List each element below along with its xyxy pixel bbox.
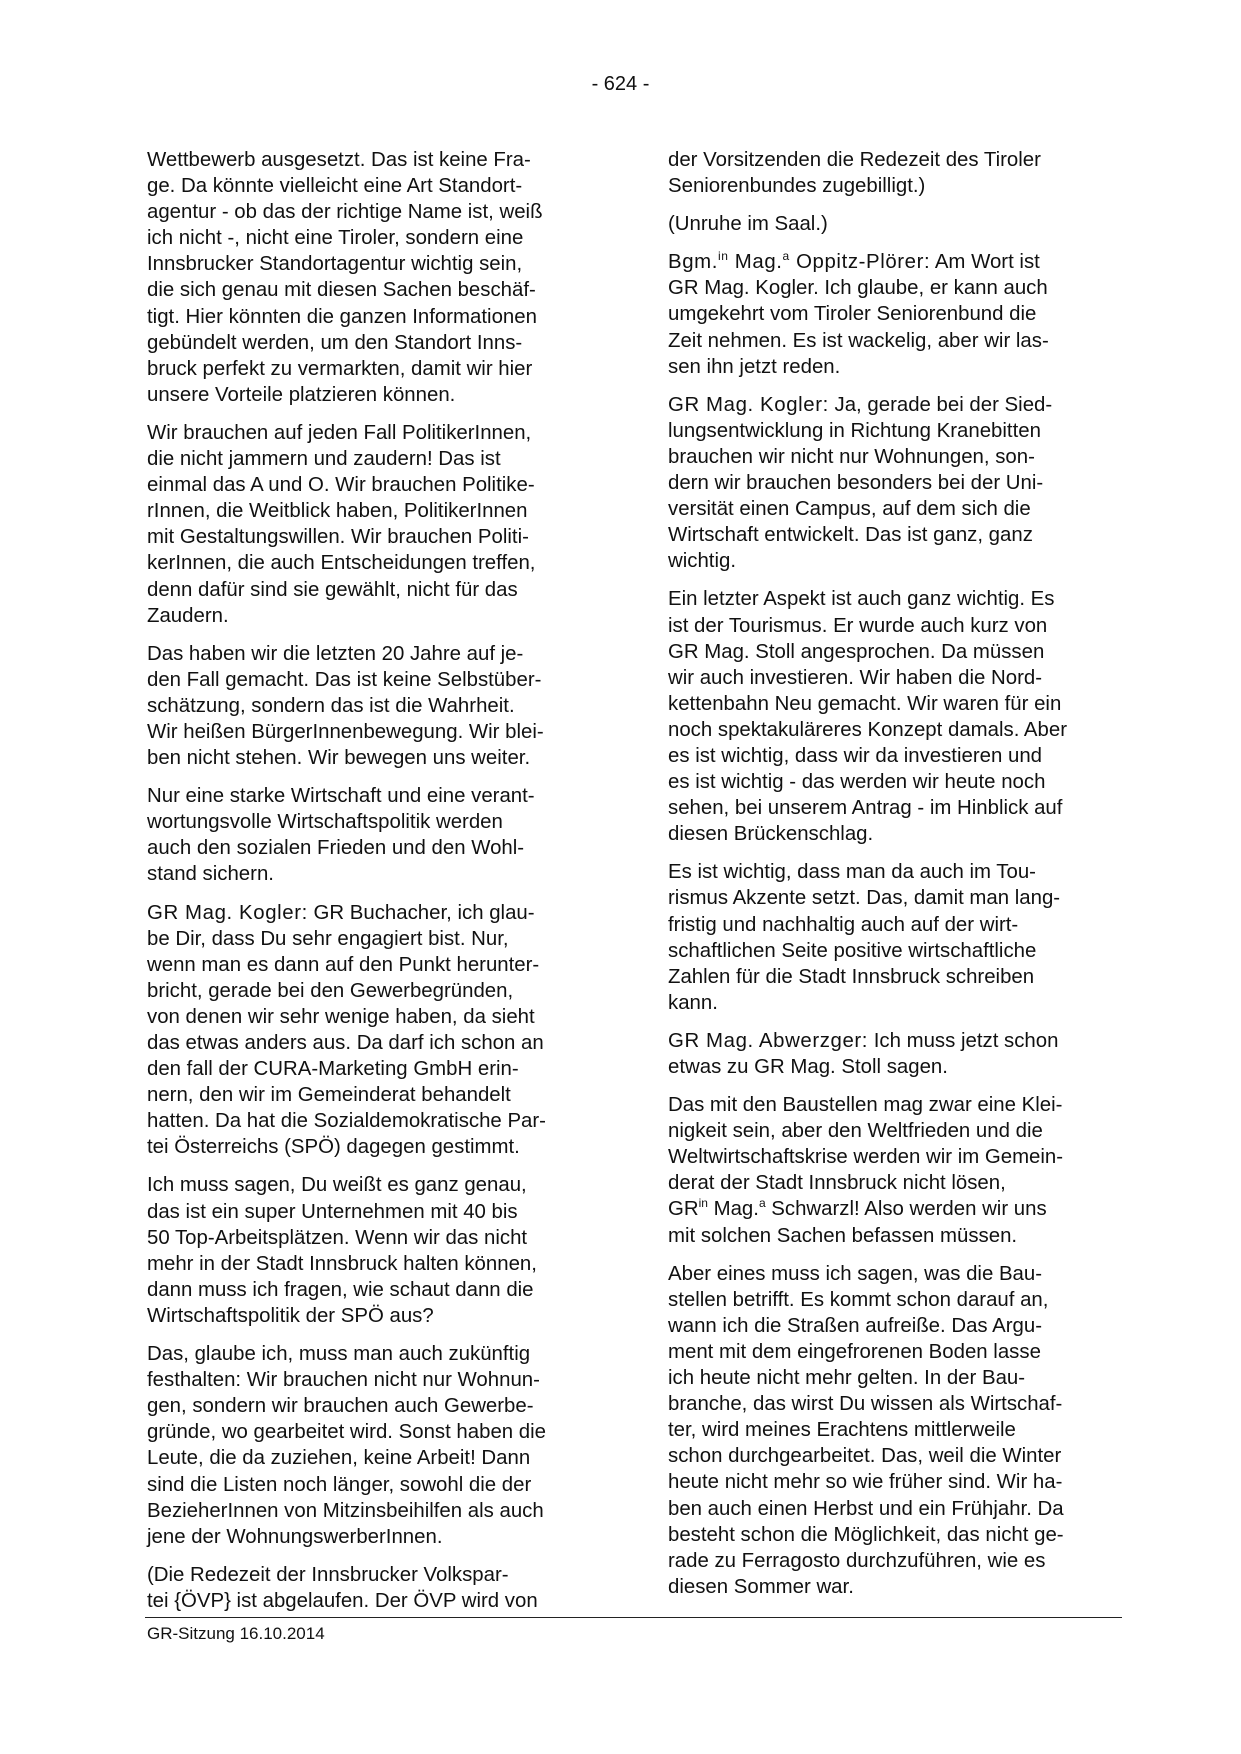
superscript: a bbox=[783, 249, 790, 263]
stage-direction: (Die Redezeit der Innsbrucker Volkspar- … bbox=[147, 1562, 617, 1614]
page-number: - 624 - bbox=[0, 73, 1241, 96]
speaker-name: Bgm.in Mag.a Oppitz-Plörer: bbox=[668, 251, 930, 273]
speech-text: GR Buchacher, ich glau- be Dir, dass Du … bbox=[147, 902, 546, 1159]
speaker-surname: Oppitz-Plörer: bbox=[790, 251, 930, 273]
superscript: a bbox=[759, 1196, 766, 1210]
stage-direction: (Unruhe im Saal.) bbox=[668, 211, 1138, 237]
superscript: in bbox=[718, 249, 729, 263]
speaker-name: GR Mag. Abwerzger: bbox=[668, 1030, 868, 1052]
speaker-name: GR Mag. Kogler: bbox=[668, 394, 829, 416]
paragraph: Aber eines muss ich sagen, was die Bau- … bbox=[668, 1261, 1138, 1600]
text-run: Mag. bbox=[708, 1198, 759, 1220]
paragraph: Nur eine starke Wirtschaft und eine vera… bbox=[147, 783, 617, 887]
left-column: Wettbewerb ausgesetzt. Das ist keine Fra… bbox=[147, 147, 617, 1626]
footer-session-date: GR-Sitzung 16.10.2014 bbox=[147, 1624, 325, 1644]
stage-direction: der Vorsitzenden die Redezeit des Tirole… bbox=[668, 147, 1138, 199]
paragraph: Ein letzter Aspekt ist auch ganz wichtig… bbox=[668, 586, 1138, 847]
right-column: der Vorsitzenden die Redezeit des Tirole… bbox=[668, 147, 1138, 1612]
speech-paragraph: GR Mag. Kogler: GR Buchacher, ich glau- … bbox=[147, 900, 617, 1161]
speech-paragraph: Bgm.in Mag.a Oppitz-Plörer: Am Wort ist … bbox=[668, 249, 1138, 379]
speaker-name: GR Mag. Kogler: bbox=[147, 902, 308, 924]
superscript: in bbox=[699, 1196, 708, 1210]
speaker-title: Mag. bbox=[729, 251, 783, 273]
paragraph: Wir brauchen auf jeden Fall PolitikerInn… bbox=[147, 420, 617, 629]
paragraph: Das, glaube ich, muss man auch zukünftig… bbox=[147, 1341, 617, 1550]
speech-paragraph: GR Mag. Abwerzger: Ich muss jetzt schon … bbox=[668, 1028, 1138, 1080]
speech-paragraph: GR Mag. Kogler: Ja, gerade bei der Sied-… bbox=[668, 392, 1138, 575]
footer-divider bbox=[145, 1617, 1122, 1618]
paragraph: Das haben wir die letzten 20 Jahre auf j… bbox=[147, 641, 617, 771]
paragraph: Das mit den Baustellen mag zwar eine Kle… bbox=[668, 1092, 1138, 1249]
speaker-title: Bgm. bbox=[668, 251, 718, 273]
paragraph: Ich muss sagen, Du weißt es ganz genau, … bbox=[147, 1172, 617, 1329]
paragraph: Es ist wichtig, dass man da auch im Tou-… bbox=[668, 859, 1138, 1016]
speech-text: Ja, gerade bei der Sied- lungsentwicklun… bbox=[668, 394, 1052, 573]
paragraph: Wettbewerb ausgesetzt. Das ist keine Fra… bbox=[147, 147, 617, 408]
